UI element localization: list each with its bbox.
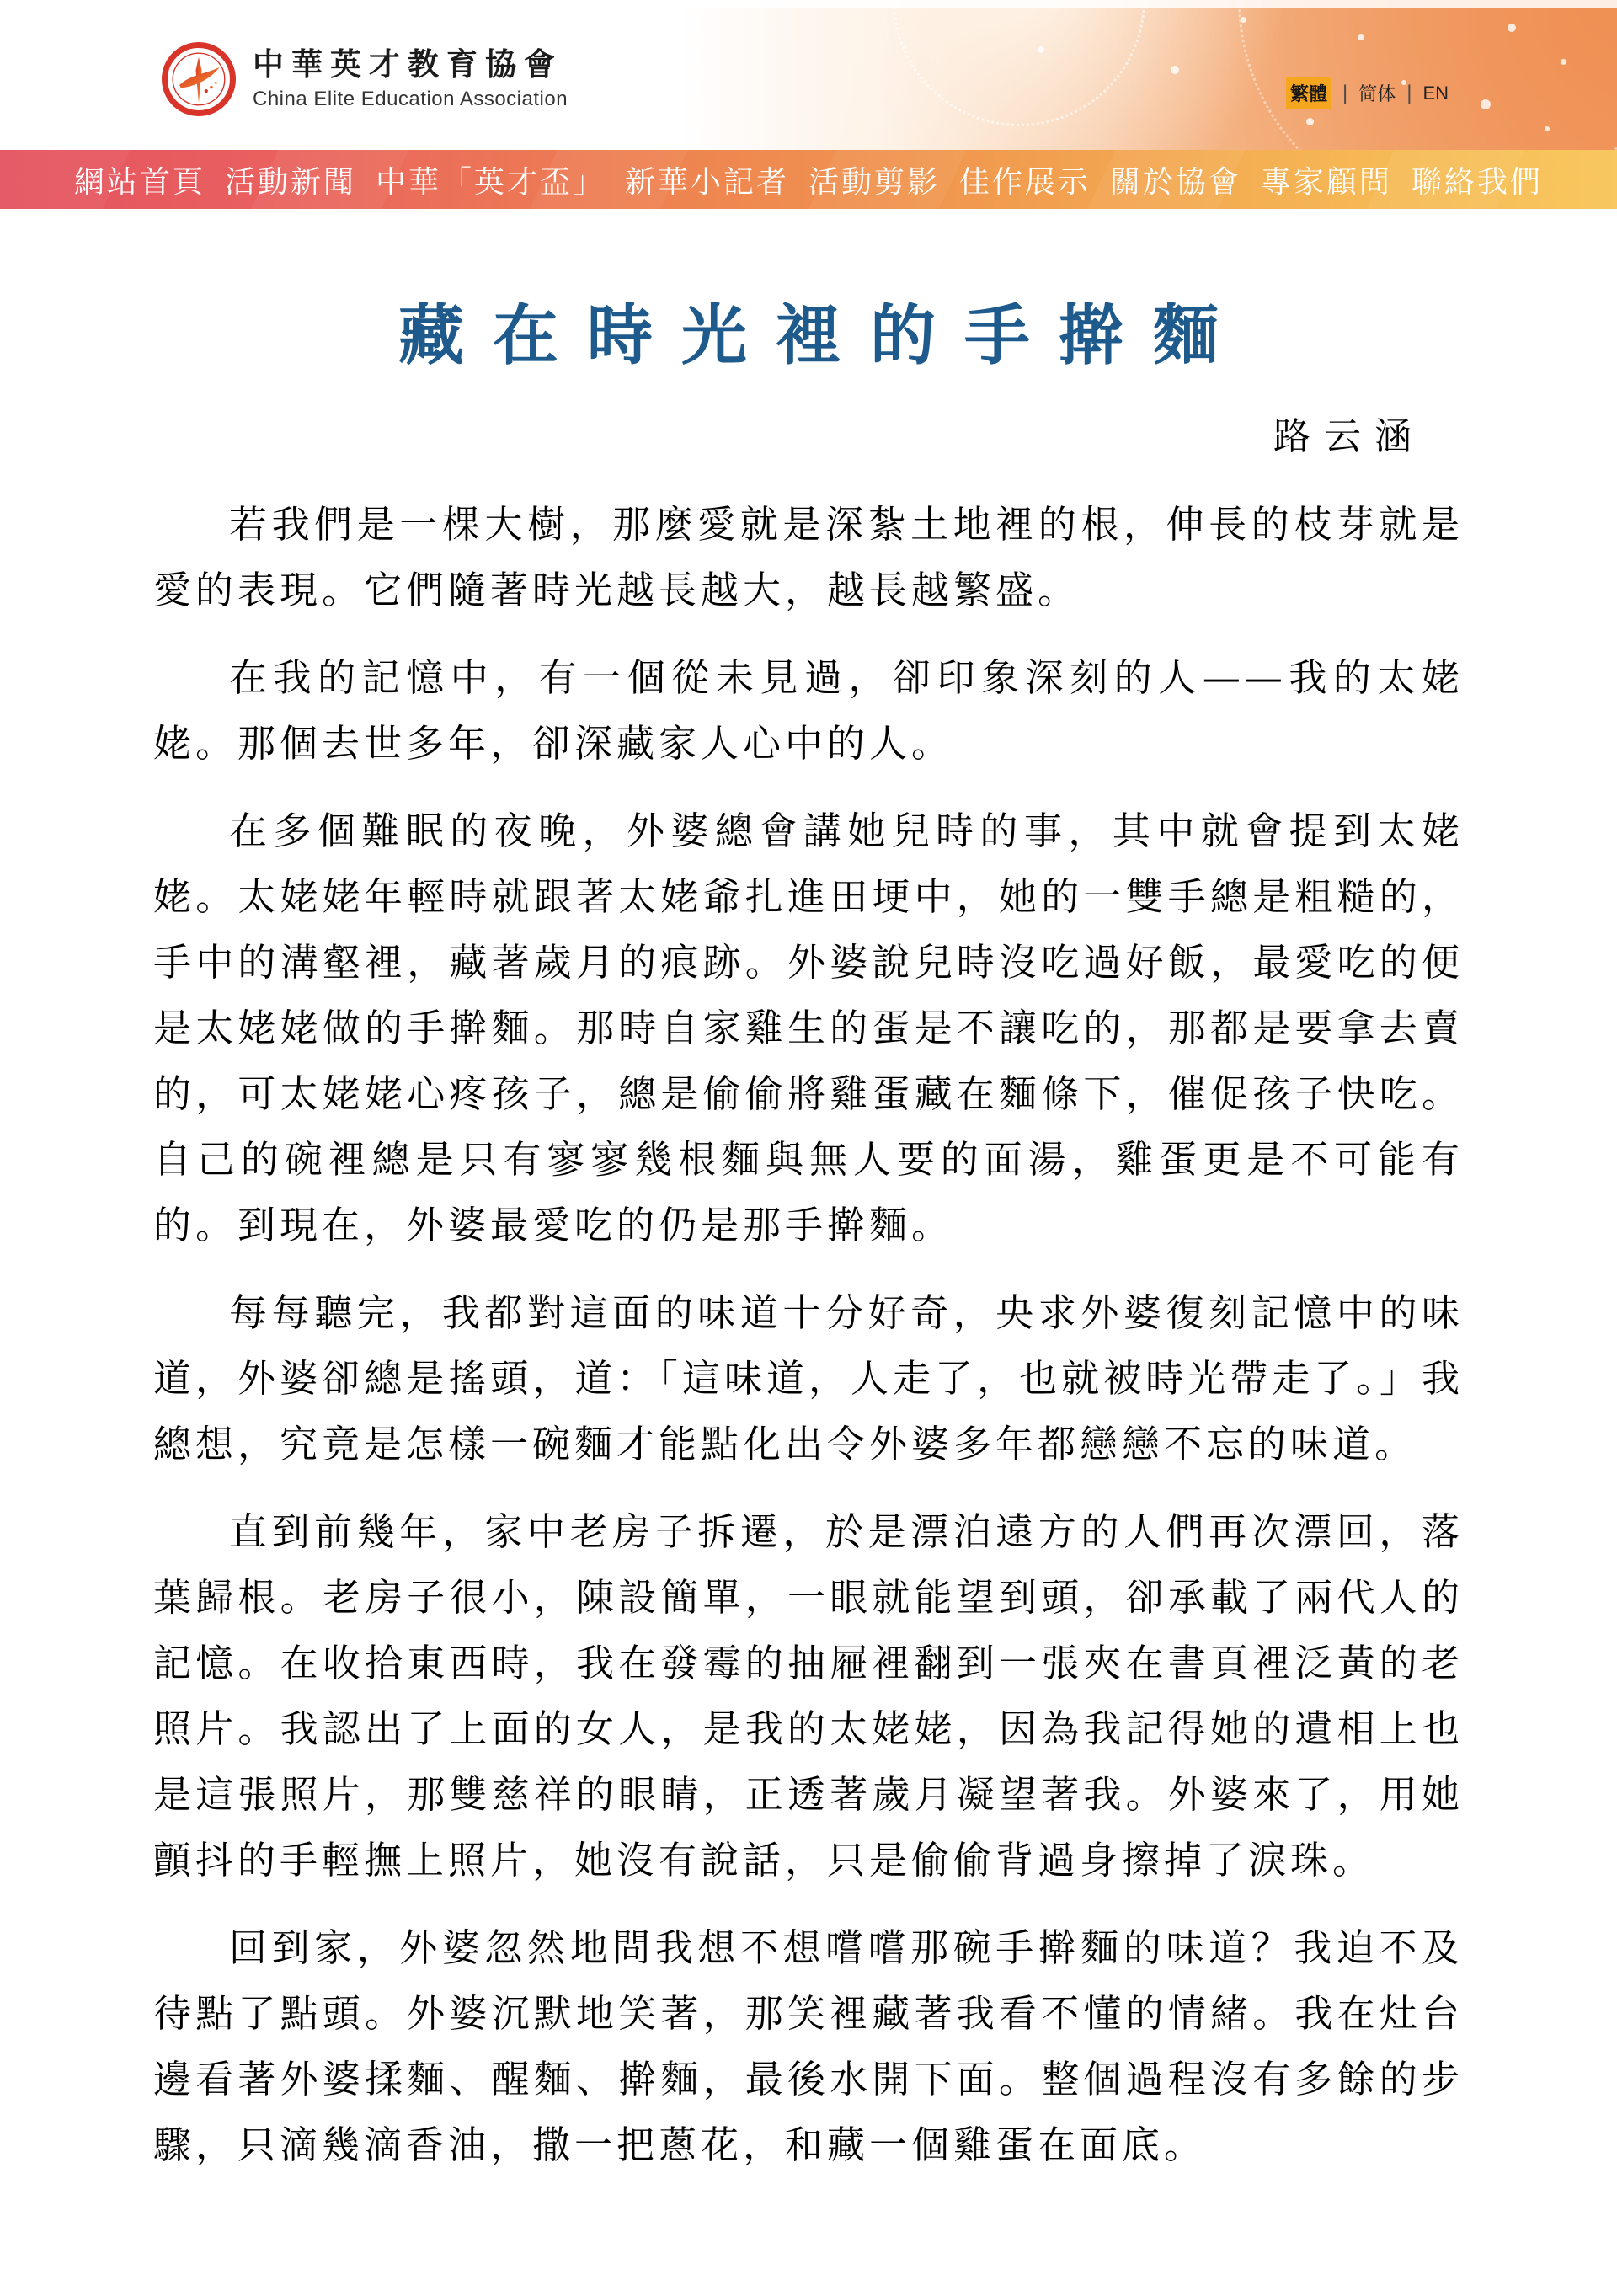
decor-dot [1481, 99, 1491, 109]
nav-item-about[interactable]: 關於協會 [1110, 158, 1241, 201]
decor-dot [1171, 66, 1179, 74]
lang-english-button[interactable]: EN [1422, 83, 1449, 104]
nav-item-news[interactable]: 活動新聞 [225, 158, 356, 201]
decor-ring [1238, 0, 1617, 150]
article-main: 藏在時光裡的手擀麵 路云涵 若我們是一棵大樹，那麼愛就是深紮土地裡的根，伸長的枝… [153, 293, 1464, 2296]
logo-subtitle: China Elite Education Association [253, 88, 568, 111]
language-switcher: 繁體 | 简体 | EN [1286, 77, 1449, 109]
decor-ring [893, 0, 1145, 126]
nav-item-showcase[interactable]: 佳作展示 [959, 158, 1091, 201]
article-title: 藏在時光裡的手擀麵 [153, 293, 1464, 378]
lang-separator: | [1406, 82, 1412, 105]
nav-item-activity-clips[interactable]: 活動剪影 [808, 158, 940, 201]
decor-dot [1358, 34, 1364, 40]
site-header: 中華英才教育協會 China Elite Education Associati… [0, 0, 1617, 150]
decor-dot [1545, 126, 1550, 131]
decor-dot [1241, 17, 1246, 23]
decor-dot [1561, 59, 1566, 65]
decor-dot [1508, 24, 1516, 32]
lang-simplified-button[interactable]: 简体 [1358, 80, 1396, 106]
article-body: 若我們是一棵大樹，那麼愛就是深紮土地裡的根，伸長的枝芽就是愛的表現。它們隨著時光… [153, 492, 1464, 2296]
main-navbar: 網站首頁 活動新聞 中華「英才盃」 新華小記者 活動剪影 佳作展示 關於協會 專… [0, 150, 1617, 209]
header-top-strip [0, 0, 1617, 8]
article-author: 路云涵 [153, 415, 1464, 460]
article-paragraph: 直到前幾年，家中老房子拆遷，於是漂泊遠方的人們再次漂回，落葉歸根。老房子很小，陳… [153, 1499, 1464, 1893]
article-paragraph: 在多個難眠的夜晚，外婆總會講她兒時的事，其中就會提到太姥姥。太姥姥年輕時就跟著太… [153, 798, 1464, 1258]
association-logo[interactable]: 中華英才教育協會 China Elite Education Associati… [162, 42, 568, 116]
nav-item-contact[interactable]: 聯絡我們 [1412, 158, 1543, 201]
decor-dot [1306, 118, 1314, 125]
article-paragraph: 若我們是一棵大樹，那麼愛就是深紮土地裡的根，伸長的枝芽就是愛的表現。它們隨著時光… [153, 492, 1464, 623]
nav-item-home[interactable]: 網站首頁 [74, 158, 205, 201]
article-paragraph: 在我的記憶中，有一個從未見過，卻印象深刻的人——我的太姥姥。那個去世多年，卻深藏… [153, 645, 1464, 777]
article-paragraph: 每每聽完，我都對這面的味道十分好奇，央求外婆復刻記憶中的味道，外婆卻總是搖頭，道… [153, 1280, 1464, 1477]
article-paragraph: 回到家，外婆忽然地問我想不想嚐嚐那碗手擀麵的味道？我迫不及待點了點頭。外婆沉默地… [153, 1915, 1464, 2178]
logo-title: 中華英才教育協會 [253, 47, 568, 82]
lang-separator: | [1342, 82, 1347, 105]
nav-item-junior-reporter[interactable]: 新華小記者 [625, 158, 789, 201]
decor-dot [1038, 46, 1044, 53]
association-seal-icon [162, 42, 236, 116]
nav-item-elite-cup[interactable]: 中華「英才盃」 [376, 158, 606, 201]
lang-traditional-button[interactable]: 繁體 [1286, 77, 1331, 109]
nav-item-experts[interactable]: 專家顧問 [1261, 158, 1392, 201]
